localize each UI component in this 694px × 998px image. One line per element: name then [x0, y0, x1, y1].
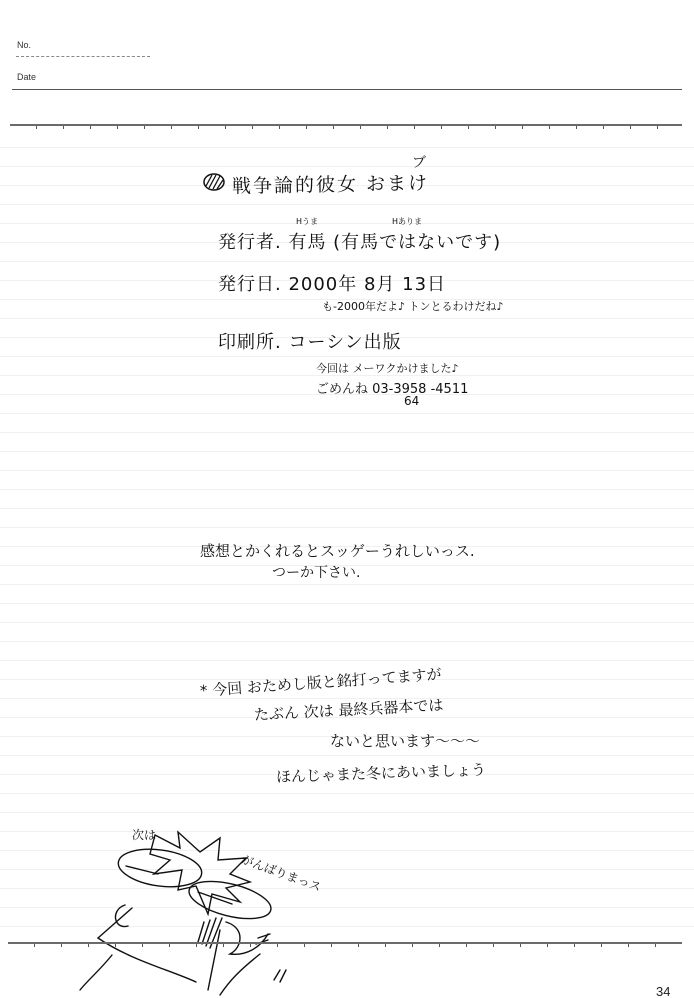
ruled-line: [0, 755, 694, 756]
ruled-line: [0, 204, 694, 205]
rule-tick: [522, 126, 523, 129]
rule-tick: [520, 944, 521, 947]
ruled-line: [0, 261, 694, 262]
date-label: Date: [17, 72, 36, 82]
ruled-line: [0, 489, 694, 490]
rule-tick: [468, 126, 469, 129]
rule-tick: [466, 944, 467, 947]
rule-tick: [333, 126, 334, 129]
rule-tick: [279, 126, 280, 129]
ruled-line: [0, 812, 694, 813]
title-furigana: ブ: [412, 152, 426, 172]
publisher-line: 発行者. 有馬 (有馬ではないです): [218, 228, 501, 254]
rule-tick: [414, 126, 415, 129]
rule-tick: [358, 944, 359, 947]
printer-aside-correction: 64: [404, 394, 419, 408]
ruled-line: [0, 166, 694, 167]
ruled-line: [0, 641, 694, 642]
ruled-line: [0, 413, 694, 414]
ruled-line: [0, 470, 694, 471]
ruled-line: [0, 432, 694, 433]
rule-tick: [304, 944, 305, 947]
rule-tick: [34, 944, 35, 947]
rule-tick: [63, 126, 64, 129]
rule-tick: [574, 944, 575, 947]
rule-tick: [88, 944, 89, 947]
rule-tick: [306, 126, 307, 129]
publisher-furigana-2: Hありま: [392, 216, 422, 227]
ruled-line: [0, 603, 694, 604]
no-field-line: [16, 56, 150, 57]
rule-tick: [360, 126, 361, 129]
rule-tick: [223, 944, 224, 947]
rule-tick: [387, 126, 388, 129]
rule-tick: [493, 944, 494, 947]
page-number: 34: [656, 984, 670, 998]
ruled-line: [0, 622, 694, 623]
feedback-line-2: つーか下さい.: [272, 562, 360, 582]
rule-tick: [225, 126, 226, 129]
rule-tick: [142, 944, 143, 947]
ruled-line: [0, 147, 694, 148]
rule-tick: [601, 944, 602, 947]
rule-tick: [385, 944, 386, 947]
rule-tick: [196, 944, 197, 947]
rule-tick: [252, 126, 253, 129]
rule-tick: [117, 126, 118, 129]
rule-tick: [576, 126, 577, 129]
rule-tick: [171, 126, 172, 129]
printer-aside-2: ごめんね 03-3958 -4511: [316, 378, 468, 397]
rule-tick: [115, 944, 116, 947]
rule-tick: [61, 944, 62, 947]
ruled-line: [0, 527, 694, 528]
rule-tick: [655, 944, 656, 947]
ruled-line: [0, 223, 694, 224]
rule-tick: [90, 126, 91, 129]
rule-tick: [495, 126, 496, 129]
rule-tick: [549, 126, 550, 129]
ruled-line: [0, 508, 694, 509]
ruled-line: [0, 584, 694, 585]
closing-line-4: ほんじゃまた冬にあいましょう: [276, 759, 487, 787]
rule-tick: [628, 944, 629, 947]
issue-date-aside: も-2000年だよ♪ トンとるわけだね♪: [322, 298, 504, 314]
colophon-title: 戦争論的彼女 おまけ: [232, 168, 429, 198]
feedback-line-1: 感想とかくれるとスッゲーうれしいっス.: [200, 540, 475, 561]
ruled-line: [0, 793, 694, 794]
rule-tick: [169, 944, 170, 947]
printer-line: 印刷所. コーシン出版: [218, 328, 402, 354]
rule-tick: [250, 944, 251, 947]
rule-tick: [630, 126, 631, 129]
ruled-line: [0, 451, 694, 452]
closing-line-3: ないと思います〜〜〜: [330, 730, 480, 751]
ruled-line: [0, 660, 694, 661]
rule-tick: [36, 126, 37, 129]
rule-tick: [441, 126, 442, 129]
rule-tick: [439, 944, 440, 947]
rule-tick: [198, 126, 199, 129]
issue-date-line: 発行日. 2000年 8月 13日: [218, 270, 446, 296]
rule-tick: [277, 944, 278, 947]
top-tick-rule: [10, 124, 682, 126]
header-divider: [12, 89, 682, 90]
doodle-drawing-icon: [70, 830, 330, 998]
rule-tick: [657, 126, 658, 129]
ruled-line: [0, 356, 694, 357]
scribble-icon: [203, 172, 225, 192]
rule-tick: [412, 944, 413, 947]
publisher-furigana-1: Hうま: [296, 216, 318, 227]
rule-tick: [547, 944, 548, 947]
rule-tick: [603, 126, 604, 129]
no-label: No.: [17, 40, 31, 50]
rule-tick: [331, 944, 332, 947]
printer-aside-1: 今回は メーワクかけました♪: [316, 360, 459, 376]
bottom-tick-rule: [8, 942, 682, 944]
rule-tick: [144, 126, 145, 129]
ruled-line: [0, 318, 694, 319]
